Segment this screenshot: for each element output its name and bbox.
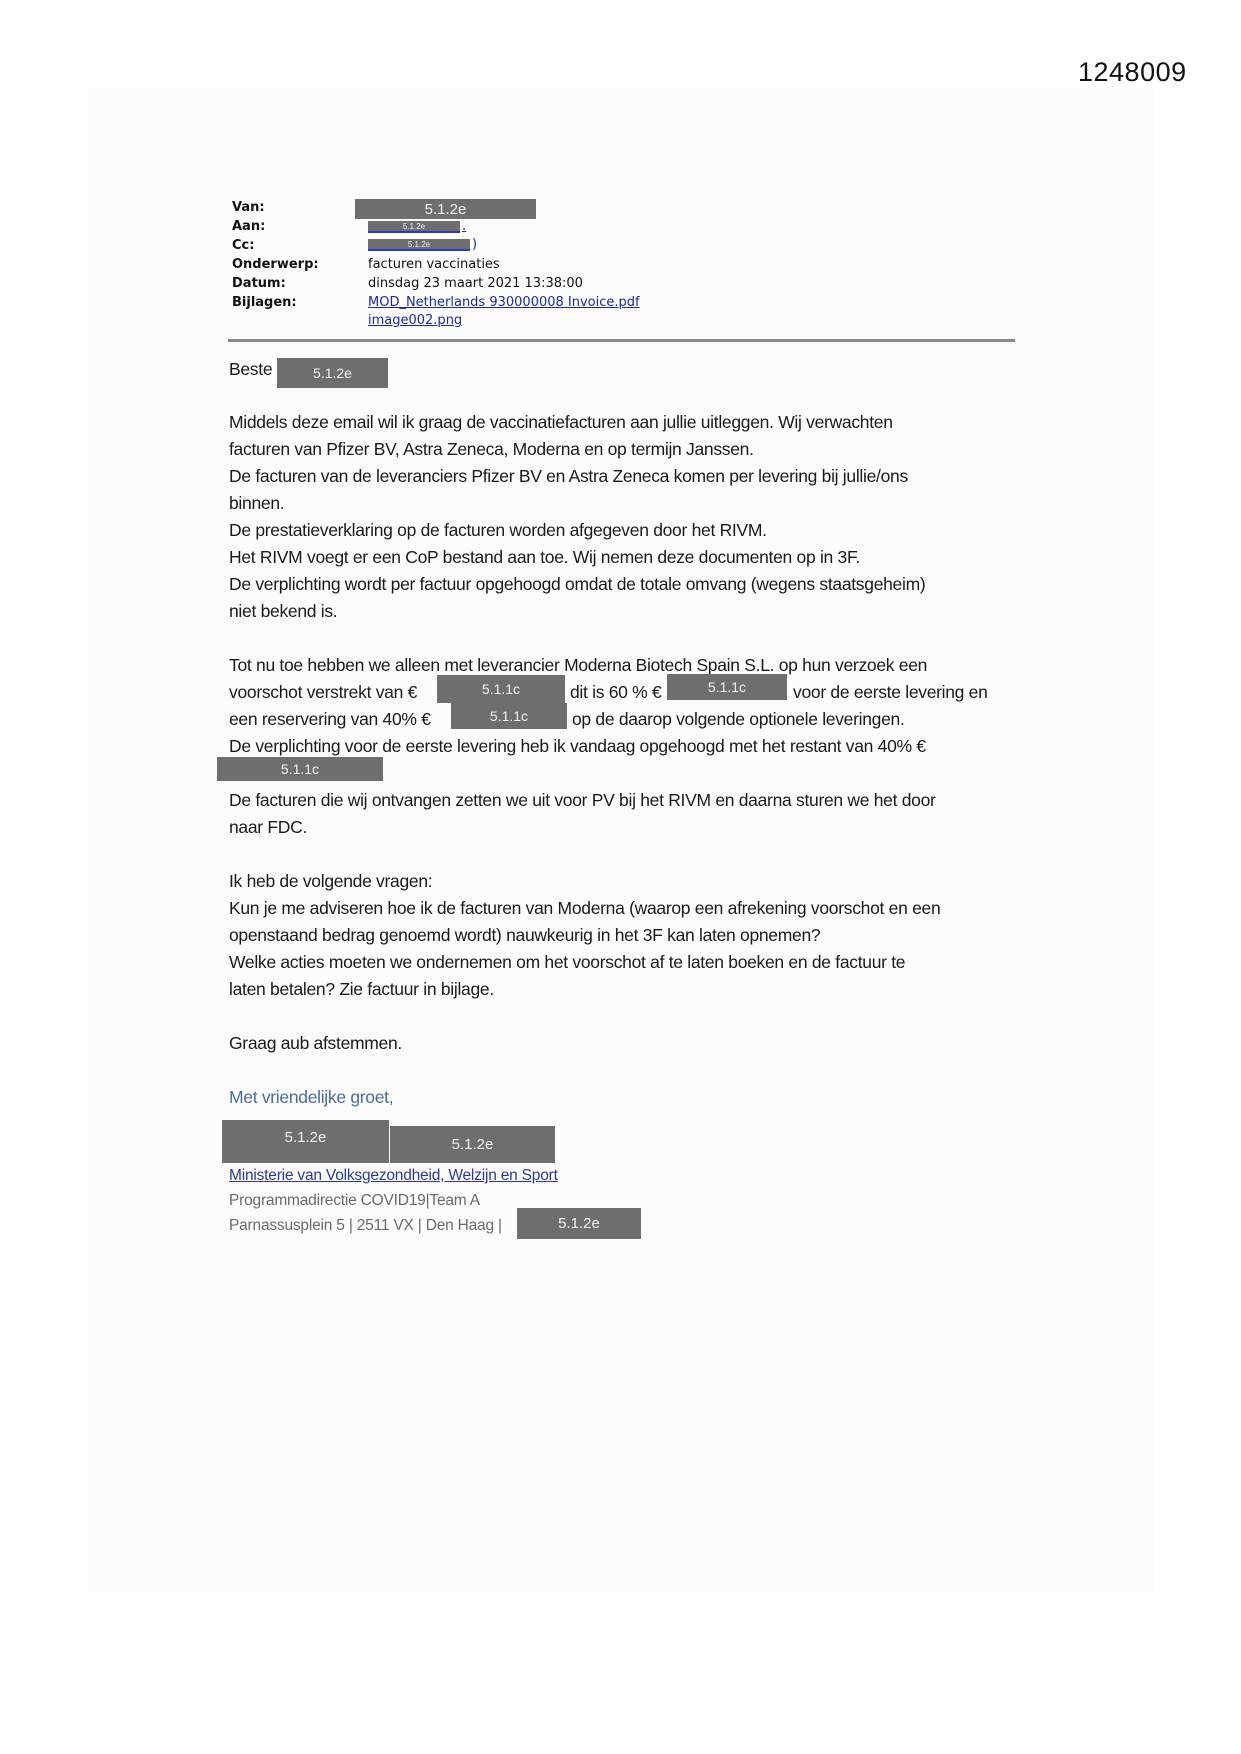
cc-suffix: ) [472,237,477,252]
cc-redaction: 5.1.2e [368,239,470,251]
amount-redaction: 5.1.1c [217,757,383,781]
department: Programmadirectie COVID19|Team A [229,1192,480,1210]
attachment-invoice-pdf[interactable]: MOD_Netherlands 930000008 Invoice.pdf [368,295,640,310]
attachment-image-png[interactable]: image002.png [368,313,462,328]
body-line: De facturen van de leveranciers Pfizer B… [229,466,908,487]
body-line: Welke acties moeten we ondernemen om het… [229,952,905,973]
body-line: De verplichting wordt per factuur opgeho… [229,574,925,595]
body-line: voorschot verstrekt van € [229,682,417,703]
amount-redaction: 5.1.1c [451,703,567,729]
salutation-redaction: 5.1.2e [277,358,388,388]
body-line: naar FDC. [229,817,307,838]
from-redaction: 5.1.2e [355,199,536,219]
scanned-page [88,88,1153,1592]
body-line: De facturen die wij ontvangen zetten we … [229,790,936,811]
body-line: niet bekend is. [229,601,337,622]
greeting: Met vriendelijke groet, [229,1087,393,1108]
closing-line: Graag aub afstemmen. [229,1033,402,1054]
body-line: op de daarop volgende optionele levering… [572,709,905,730]
to-label: Aan: [232,219,265,234]
document-id: 1248009 [1078,57,1187,88]
body-line: dit is 60 % € [570,682,661,703]
header-separator [228,339,1015,342]
body-line: De prestatieverklaring op de facturen wo… [229,520,767,541]
cc-label: Cc: [232,238,254,253]
body-line: Middels deze email wil ik graag de vacci… [229,412,893,433]
salutation: Beste [229,359,272,380]
amount-redaction: 5.1.1c [437,675,565,703]
subject-value: facturen vaccinaties [368,257,500,272]
body-line: voor de eerste levering en [793,682,988,703]
body-line: De verplichting voor de eerste levering … [229,736,926,757]
to-suffix: . [462,219,466,234]
body-line: Het RIVM voegt er een CoP bestand aan to… [229,547,860,568]
organization-link[interactable]: Ministerie van Volksgezondheid, Welzijn … [229,1167,558,1185]
body-line: openstaand bedrag genoemd wordt) nauwkeu… [229,925,820,946]
address: Parnassusplein 5 | 2511 VX | Den Haag | [229,1217,502,1235]
body-line: Ik heb de volgende vragen: [229,871,432,892]
body-line: laten betalen? Zie factuur in bijlage. [229,979,494,1000]
body-line: Tot nu toe hebben we alleen met leveranc… [229,655,927,676]
address-redaction: 5.1.2e [517,1208,641,1239]
signature-title-redaction: 5.1.2e [390,1126,555,1163]
to-redaction: 5.1.2e [368,221,460,233]
date-label: Datum: [232,276,286,291]
date-value: dinsdag 23 maart 2021 13:38:00 [368,276,583,291]
from-label: Van: [232,200,265,215]
body-line: binnen. [229,493,284,514]
subject-label: Onderwerp: [232,257,319,272]
amount-redaction: 5.1.1c [667,674,787,700]
body-line: een reservering van 40% € [229,709,431,730]
body-line: Kun je me adviseren hoe ik de facturen v… [229,898,940,919]
attachments-label: Bijlagen: [232,295,297,310]
signature-name-redaction: 5.1.2e [222,1120,389,1163]
body-line: facturen van Pfizer BV, Astra Zeneca, Mo… [229,439,754,460]
